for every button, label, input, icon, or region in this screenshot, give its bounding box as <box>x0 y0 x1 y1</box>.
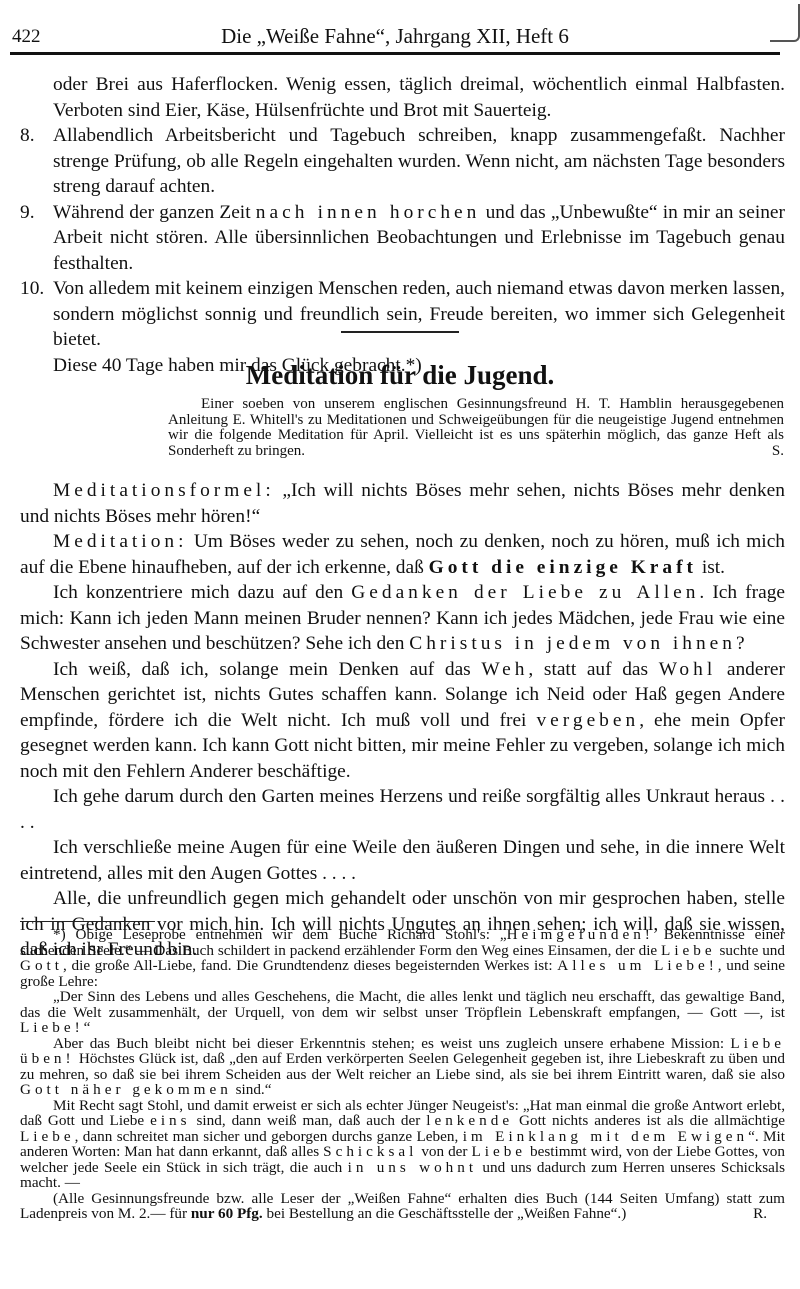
list-item: 10. Von alledem mit keinem einzigen Mens… <box>20 276 785 353</box>
spaced-emphasis: Liebe <box>471 1143 526 1160</box>
intro-text: Einer soeben von unserem englischen Gesi… <box>168 396 784 459</box>
spaced-emphasis: vergeben <box>536 710 639 731</box>
spaced-emphasis: Wohl <box>659 659 717 680</box>
list-continuation: oder Brei aus Haferflocken. Wenig essen,… <box>53 72 785 123</box>
list-item: 8. Allabendlich Arbeitsbericht und Tageb… <box>20 123 785 200</box>
paragraph: Ich gehe darum durch den Garten meines H… <box>20 784 785 835</box>
paragraph: Ich verschließe meine Augen für eine Wei… <box>20 835 785 886</box>
spaced-emphasis: Weh <box>481 659 528 680</box>
spaced-emphasis: Liebe! <box>20 1019 84 1036</box>
spaced-label: Meditationsformel: <box>53 480 275 501</box>
footnote-paragraph: „Der Sinn des Lebens und alles Geschehen… <box>20 989 785 1036</box>
footnote-text: Gott nichts anderes ist als die allmächt… <box>513 1112 785 1129</box>
paragraph-text: ? <box>736 633 745 654</box>
spaced-emphasis: im Einklang mit dem Ewigen <box>463 1128 748 1145</box>
footnote-text: suchte und <box>716 942 785 959</box>
list-item: 9. Während der ganzen Zeit nach innen ho… <box>20 200 785 277</box>
article-body: Meditationsformel: „Ich will nichts Böse… <box>20 478 785 963</box>
list-item-number: 9. <box>20 200 35 226</box>
spaced-emphasis: Gott <box>20 957 63 974</box>
spaced-emphasis: Alles um Liebe! <box>557 957 718 974</box>
paragraph: Meditation: Um Böses weder zu sehen, noc… <box>20 529 785 580</box>
article-intro: Einer soeben von unserem englischen Gesi… <box>168 397 784 459</box>
spaced-emphasis: in uns wohnt <box>348 1159 478 1176</box>
paragraph-text: , statt auf das <box>528 659 658 680</box>
list-item-text: Allabendlich Arbeitsbericht und Tagebuch… <box>53 125 785 197</box>
paragraph: Ich weiß, daß ich, solange mein Denken a… <box>20 657 785 785</box>
footnote-text: sind.“ <box>232 1081 272 1098</box>
article-title: Meditation für die Jugend. <box>0 360 800 391</box>
footnote-text: , die große All-Liebe, fand. Die Grundte… <box>63 957 557 974</box>
spaced-emphasis: Christus in jedem von ihnen <box>409 633 736 654</box>
page-header: 422 Die „Weiße Fahne“, Jahrgang XII, Hef… <box>10 22 780 50</box>
footnote-text: „Der Sinn des Lebens und alles Geschehen… <box>20 988 785 1021</box>
bold-price: nur 60 Pfg. <box>191 1205 263 1222</box>
footnote-rule <box>20 921 155 922</box>
paragraph-text: ist. <box>697 557 725 578</box>
paragraph: Meditationsformel: „Ich will nichts Böse… <box>20 478 785 529</box>
spaced-emphasis: lenkende <box>426 1112 513 1129</box>
footnote-text: , dann schreitet man sicher und geborgen… <box>75 1128 463 1145</box>
document-page: 422 Die „Weiße Fahne“, Jahrgang XII, Hef… <box>0 0 800 1289</box>
spaced-emphasis: Gott näher gekommen <box>20 1081 232 1098</box>
header-rule <box>10 52 780 55</box>
paragraph-text: Ich konzentriere mich dazu auf den <box>53 582 351 603</box>
list-item-number: 10. <box>20 276 44 302</box>
spaced-emphasis: Liebe <box>661 942 716 959</box>
list-item-text: Von alledem mit keinem einzigen Menschen… <box>53 278 785 350</box>
footnote-text: bei Bestellung an die Geschäftsstelle de… <box>263 1205 627 1222</box>
footnote-text: Höchstes Glück ist, daß „den auf Erden v… <box>20 1050 785 1083</box>
footnote-text: Aber das Buch bleibt nicht bei dieser Er… <box>53 1035 730 1052</box>
spaced-emphasis: Liebe <box>20 1128 75 1145</box>
spaced-emphasis: Schicksal <box>323 1143 417 1160</box>
intro-signature: S. <box>739 444 784 460</box>
spaced-label: Meditation: <box>53 531 187 552</box>
footnote-signature: R. <box>720 1206 767 1222</box>
spaced-emphasis: nach innen horchen <box>256 202 481 223</box>
footnote-text: sind, dann weiß man, daß auch der <box>191 1112 427 1129</box>
list-item-number: 8. <box>20 123 35 149</box>
footnote-paragraph: *) Obige Leseprobe entnehmen wir dem Buc… <box>20 927 785 989</box>
spaced-emphasis: Gott die einzige Kraft <box>429 557 697 578</box>
footnote-text: *) Obige Leseprobe entnehmen wir dem Buc… <box>53 926 507 943</box>
list-item-text: Während der ganzen Zeit <box>53 202 256 223</box>
section-divider <box>341 331 459 333</box>
paragraph: Ich konzentriere mich dazu auf den Gedan… <box>20 580 785 657</box>
footnote: *) Obige Leseprobe entnehmen wir dem Buc… <box>20 927 785 1222</box>
spaced-emphasis: Gedanken der Liebe zu Allen <box>351 582 699 603</box>
footnote-text: von der <box>417 1143 471 1160</box>
footnote-paragraph: Mit Recht sagt Stohl, und damit erweist … <box>20 1098 785 1191</box>
footnote-paragraph: (Alle Gesinnungsfreunde bzw. alle Leser … <box>20 1191 785 1222</box>
paragraph-text: Ich weiß, daß ich, solange mein Denken a… <box>53 659 481 680</box>
spaced-emphasis: eins <box>150 1112 190 1129</box>
footnote-text: “ <box>84 1019 91 1036</box>
spaced-emphasis: Heimgefunden! <box>507 926 654 943</box>
footnote-paragraph: Aber das Buch bleibt nicht bei dieser Er… <box>20 1036 785 1098</box>
running-title: Die „Weiße Fahne“, Jahrgang XII, Heft 6 <box>10 24 780 49</box>
